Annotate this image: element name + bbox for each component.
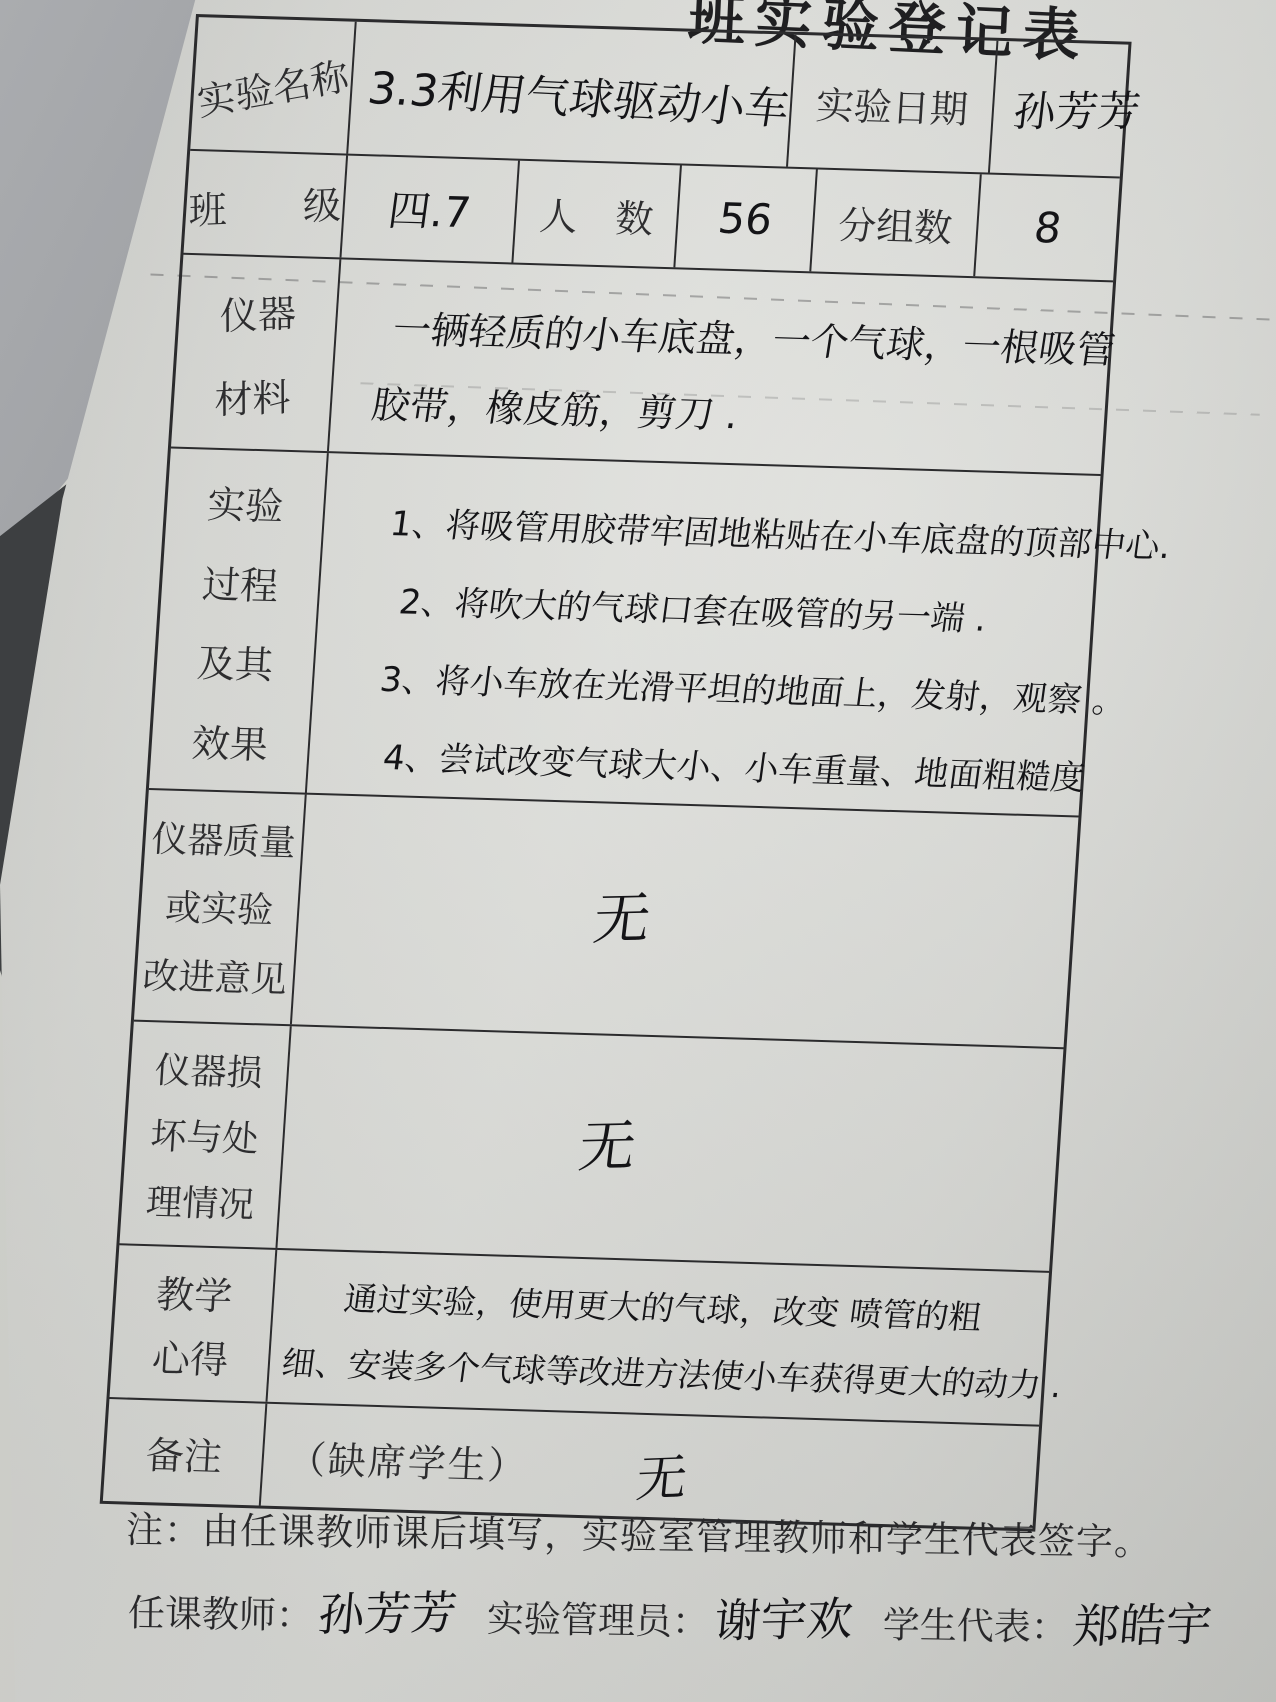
remarks-label-text: 备注 bbox=[144, 1424, 224, 1481]
damage-label-line: 理情况 bbox=[145, 1174, 256, 1228]
teacher-signature: 孙芳芳 bbox=[316, 1576, 460, 1645]
damage-label-line: 坏与处 bbox=[149, 1108, 260, 1162]
process-steps: 1、将吸管用胶带牢固地粘贴在小车底盘的顶部中心. 2、将吹大的气球口套在吸管的另… bbox=[307, 453, 1175, 820]
quality-label-line: 仪器质量 bbox=[150, 811, 297, 866]
row-teaching-reflection: 教学 心得 通过实验，使用更大的气球，改变 喷管的粗 细、安装多个气球等改进方法… bbox=[109, 1245, 1049, 1426]
class-handwriting: 四.7 bbox=[385, 178, 475, 240]
class-label-text: 班 级 bbox=[189, 174, 342, 235]
process-label-line: 及其 bbox=[195, 633, 275, 690]
damage-value: 无 bbox=[277, 1026, 1063, 1271]
row-damage-handling: 仪器损 坏与处 理情况 无 bbox=[119, 1022, 1063, 1273]
experiment-name-handwriting: 3.3利用气球驱动小车 bbox=[348, 51, 794, 137]
process-label-line: 过程 bbox=[201, 553, 281, 610]
teacher-label: 任课教师： bbox=[128, 1593, 314, 1637]
process-label: 实验 过程 及其 效果 bbox=[149, 448, 329, 794]
row-materials: 仪器 材料 一辆轻质的小车底盘，一个气球，一根吸管 胶带，橡皮筋，剪刀 . bbox=[171, 255, 1113, 476]
remarks-none-mark: 无 bbox=[633, 1438, 691, 1512]
class-value: 四.7 bbox=[341, 156, 520, 263]
experiment-name-value: 3.3利用气球驱动小车 bbox=[348, 22, 796, 167]
materials-label: 仪器 材料 bbox=[171, 255, 341, 451]
group-count-handwriting: 8 bbox=[1031, 203, 1064, 253]
student-count-value: 56 bbox=[675, 165, 818, 271]
student-count-label-text: 人 数 bbox=[538, 185, 656, 243]
quality-value: 无 bbox=[292, 795, 1079, 1048]
reflection-handwriting: 通过实验，使用更大的气球，改变 喷管的粗 细、安装多个气球等改进方法使小车获得更… bbox=[268, 1250, 1069, 1419]
absent-students-hint: （缺席学生） bbox=[286, 1428, 529, 1490]
reflection-label-line: 心得 bbox=[151, 1327, 231, 1384]
student-count-label: 人 数 bbox=[513, 161, 682, 268]
quality-label: 仪器质量 或实验 改进意见 bbox=[134, 790, 307, 1024]
process-label-line: 效果 bbox=[190, 712, 270, 769]
student-count-handwriting: 56 bbox=[716, 193, 776, 243]
row-quality-feedback: 仪器质量 或实验 改进意见 无 bbox=[134, 790, 1079, 1049]
group-count-value: 8 bbox=[975, 174, 1120, 280]
class-label: 班 级 bbox=[184, 151, 349, 258]
signature-row: 任课教师：孙芳芳 实验管理员：谢宇欢 学生代表：郑皓宇 bbox=[128, 1573, 1213, 1656]
manager-signature: 谢宇欢 bbox=[712, 1583, 856, 1652]
form-table: 实验名称 3.3利用气球驱动小车 实验日期 孙芳芳 班 级 四.7 人 数 bbox=[100, 14, 1132, 1532]
materials-label-line: 材料 bbox=[214, 366, 290, 424]
materials-label-line: 仪器 bbox=[220, 282, 296, 340]
quality-label-line: 改进意见 bbox=[141, 948, 288, 1003]
student-rep-label: 学生代表： bbox=[883, 1605, 1069, 1649]
experiment-date-value: 孙芳芳 bbox=[990, 41, 1182, 178]
damage-label-line: 仪器损 bbox=[153, 1042, 264, 1096]
student-rep-signature-group: 学生代表：郑皓宇 bbox=[882, 1585, 1212, 1656]
experiment-date-handwriting: 孙芳芳 bbox=[990, 79, 1144, 140]
remarks-label: 备注 bbox=[103, 1399, 268, 1506]
experiment-name-label: 实验名称 bbox=[190, 17, 356, 153]
experiment-name-label-text: 实验名称 bbox=[193, 45, 352, 126]
manager-label: 实验管理员： bbox=[487, 1599, 710, 1643]
materials-handwriting: 一辆轻质的小车底盘，一个气球，一根吸管 胶带，橡皮筋，剪刀 . bbox=[330, 259, 1119, 464]
process-label-line: 实验 bbox=[206, 474, 286, 531]
paper-sheet: 班实验登记表 实验名称 3.3利用气球驱动小车 实验日期 孙芳芳 班 级 四.7 bbox=[0, 0, 1276, 1702]
footer-note: 注：由任课教师课后填写，实验室管理教师和学生代表签字。 bbox=[126, 1499, 1227, 1566]
row-process: 实验 过程 及其 效果 1、将吸管用胶带牢固地粘贴在小车底盘的顶部中心. 2、将… bbox=[149, 448, 1101, 817]
materials-value: 一辆轻质的小车底盘，一个气球，一根吸管 胶带，橡皮筋，剪刀 . bbox=[329, 259, 1119, 474]
reflection-value: 通过实验，使用更大的气球，改变 喷管的粗 细、安装多个气球等改进方法使小车获得更… bbox=[267, 1250, 1068, 1425]
experiment-date-label-text: 实验日期 bbox=[814, 74, 970, 133]
experiment-date-label: 实验日期 bbox=[788, 35, 998, 173]
group-count-label: 分组数 bbox=[811, 170, 982, 277]
group-count-label-text: 分组数 bbox=[837, 194, 955, 252]
reflection-label-line: 教学 bbox=[155, 1263, 235, 1320]
quality-none-mark: 无 bbox=[590, 875, 656, 956]
student-rep-signature: 郑皓宇 bbox=[1071, 1588, 1215, 1657]
teacher-signature-group: 任课教师：孙芳芳 bbox=[128, 1573, 458, 1644]
reflection-label: 教学 心得 bbox=[110, 1245, 278, 1401]
process-handwriting: 1、将吸管用胶带牢固地粘贴在小车底盘的顶部中心. 2、将吹大的气球口套在吸管的另… bbox=[307, 453, 1175, 820]
quality-label-line: 或实验 bbox=[164, 880, 275, 934]
damage-none-mark: 无 bbox=[575, 1102, 641, 1183]
manager-signature-group: 实验管理员：谢宇欢 bbox=[487, 1579, 854, 1651]
damage-label: 仪器损 坏与处 理情况 bbox=[120, 1022, 292, 1248]
